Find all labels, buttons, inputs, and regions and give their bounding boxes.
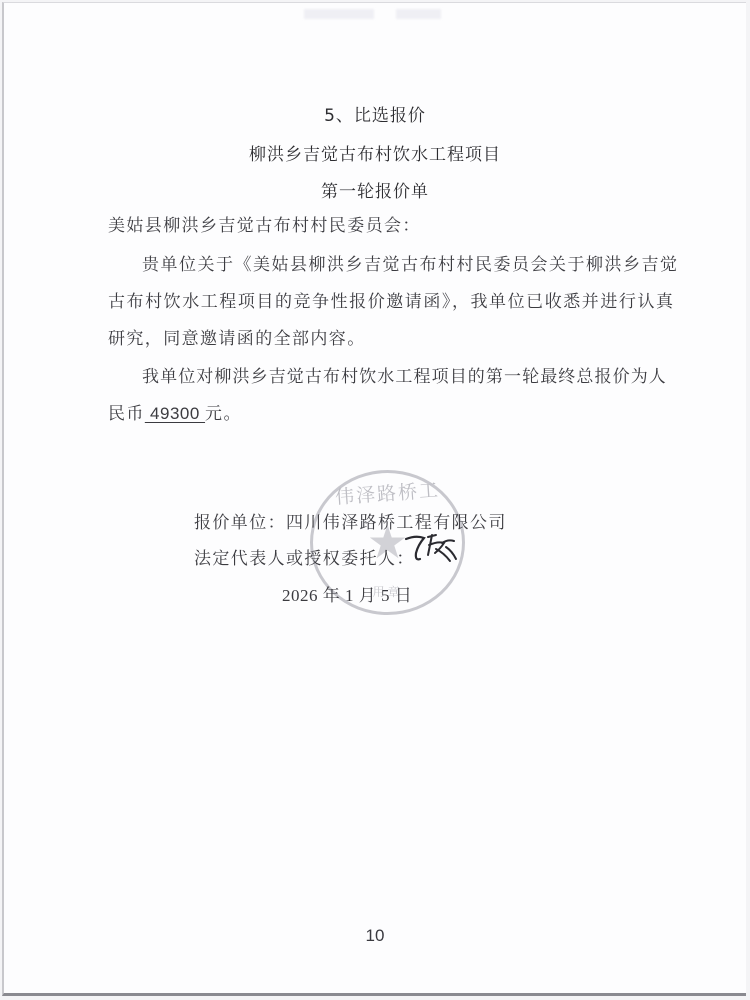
page-number: 10 [0,926,750,946]
bidder-name: 四川伟泽路桥工程有限公司 [286,513,507,533]
scan-artifact [304,9,374,19]
handwritten-signature [402,531,460,567]
form-title: 第一轮报价单 [0,177,750,202]
scan-artifact [396,9,441,19]
signing-date: 2026 年 1 月 5 日 [282,581,412,606]
representative-line: 法定代表人或授权委托人： [194,544,415,569]
paragraph1-line1: 贵单位关于《美姑县柳洪乡吉觉古布村村民委员会关于柳洪乡吉觉 [142,250,679,275]
bidder-label: 报价单位： [194,513,286,533]
paragraph1-line2: 古布村饮水工程项目的竞争性报价邀请函》，我单位已收悉并进行认真 [108,287,675,312]
section-heading: 5、比选报价 [0,101,750,126]
paragraph2-line1: 我单位对柳洪乡吉觉古布村饮水工程项目的第一轮最终总报价为人 [142,362,667,387]
bidder-line: 报价单位：四川伟泽路桥工程有限公司 [194,508,507,533]
currency-unit: 元。 [205,404,242,424]
bid-amount: 49300 [145,404,205,423]
addressee: 美姑县柳洪乡吉觉古布村村民委员会： [108,211,421,236]
representative-label: 法定代表人或授权委托人： [194,549,415,569]
paragraph2-line2: 民币 49300 元。 [108,399,242,424]
paragraph1-line3: 研究，同意邀请函的全部内容。 [108,324,366,349]
currency-label: 民币 [108,404,145,424]
project-title: 柳洪乡吉觉古布村饮水工程项目 [0,140,750,165]
